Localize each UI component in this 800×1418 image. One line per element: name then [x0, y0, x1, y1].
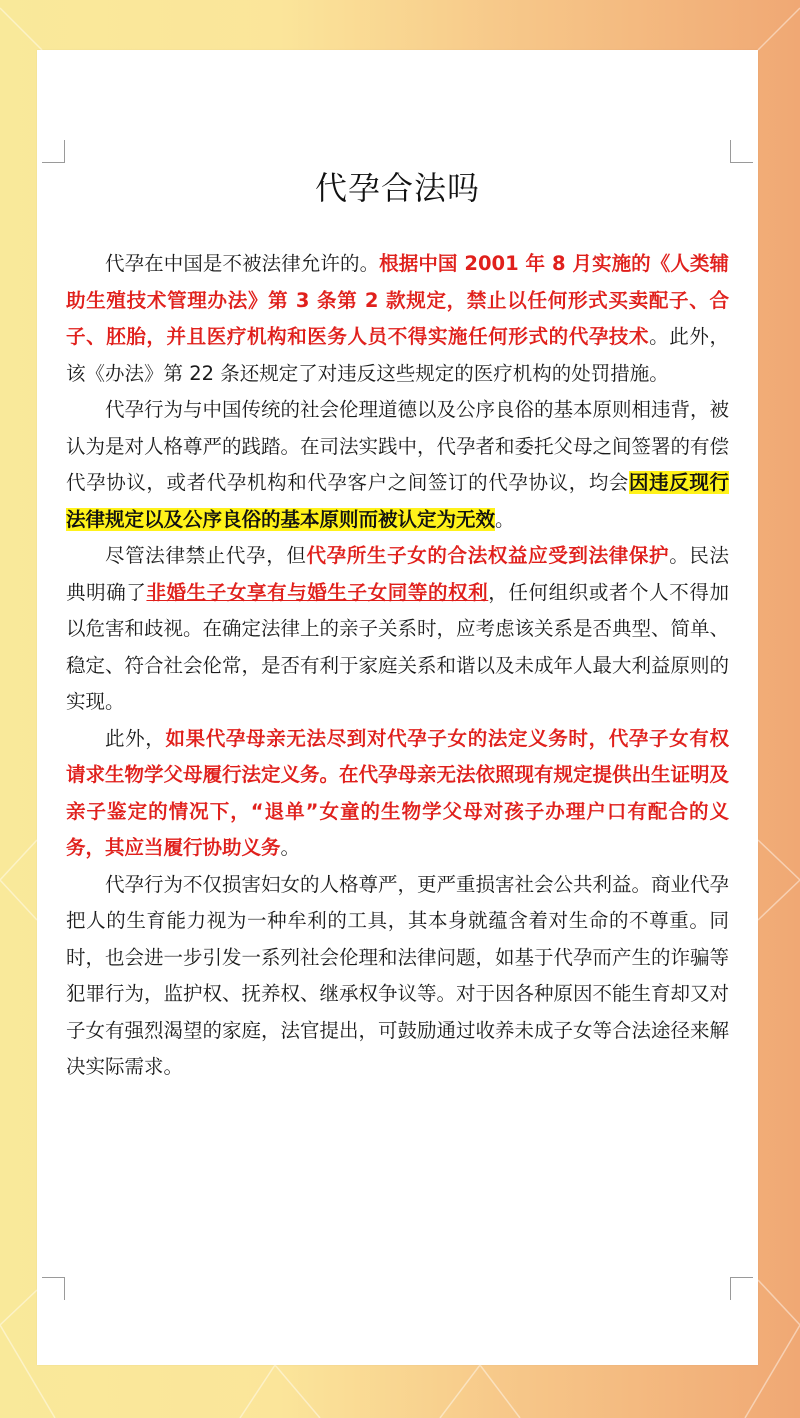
crop-mark-bottom-right — [730, 1277, 753, 1300]
emphasis-red: 代孕所生子女的合法权益应受到法律保护 — [307, 544, 670, 567]
document-title: 代孕合法吗 — [37, 163, 758, 209]
paragraph-5: 代孕行为不仅损害妇女的人格尊严，更严重损害社会公共利益。商业代孕把人的生育能力视… — [66, 867, 729, 1086]
text-segment: 代孕在中国是不被法律允许的。 — [105, 252, 379, 275]
crop-mark-top-left — [42, 140, 65, 163]
paragraph-3: 尽管法律禁止代孕，但代孕所生子女的合法权益应受到法律保护。民法典明确了非婚生子女… — [66, 538, 729, 721]
text-segment: 尽管法律禁止代孕，但 — [105, 544, 307, 567]
text-segment: 。 — [281, 836, 301, 859]
paragraph-4: 此外，如果代孕母亲无法尽到对代孕子女的法定义务时，代孕子女有权请求生物学父母履行… — [66, 721, 729, 867]
document-page: 代孕合法吗 代孕在中国是不被法律允许的。根据中国 2001 年 8 月实施的《人… — [37, 50, 758, 1365]
crop-mark-bottom-left — [42, 1277, 65, 1300]
emphasis-red: 如果代孕母亲无法尽到对代孕子女的法定义务时，代孕子女有权请求生物学父母履行法定义… — [66, 727, 729, 860]
text-segment: 。 — [495, 508, 515, 531]
crop-mark-top-right — [730, 140, 753, 163]
paragraph-1: 代孕在中国是不被法律允许的。根据中国 2001 年 8 月实施的《人类辅助生殖技… — [66, 246, 729, 392]
document-body: 代孕在中国是不被法律允许的。根据中国 2001 年 8 月实施的《人类辅助生殖技… — [66, 246, 729, 1086]
text-segment: 代孕行为不仅损害妇女的人格尊严，更严重损害社会公共利益。商业代孕把人的生育能力视… — [66, 873, 729, 1079]
text-segment: 此外， — [105, 727, 165, 750]
underlined-emphasis: 非婚生子女享有与婚生子女同等的权利 — [146, 581, 488, 604]
paragraph-2: 代孕行为与中国传统的社会伦理道德以及公序良俗的基本原则相违背，被认为是对人格尊严… — [66, 392, 729, 538]
